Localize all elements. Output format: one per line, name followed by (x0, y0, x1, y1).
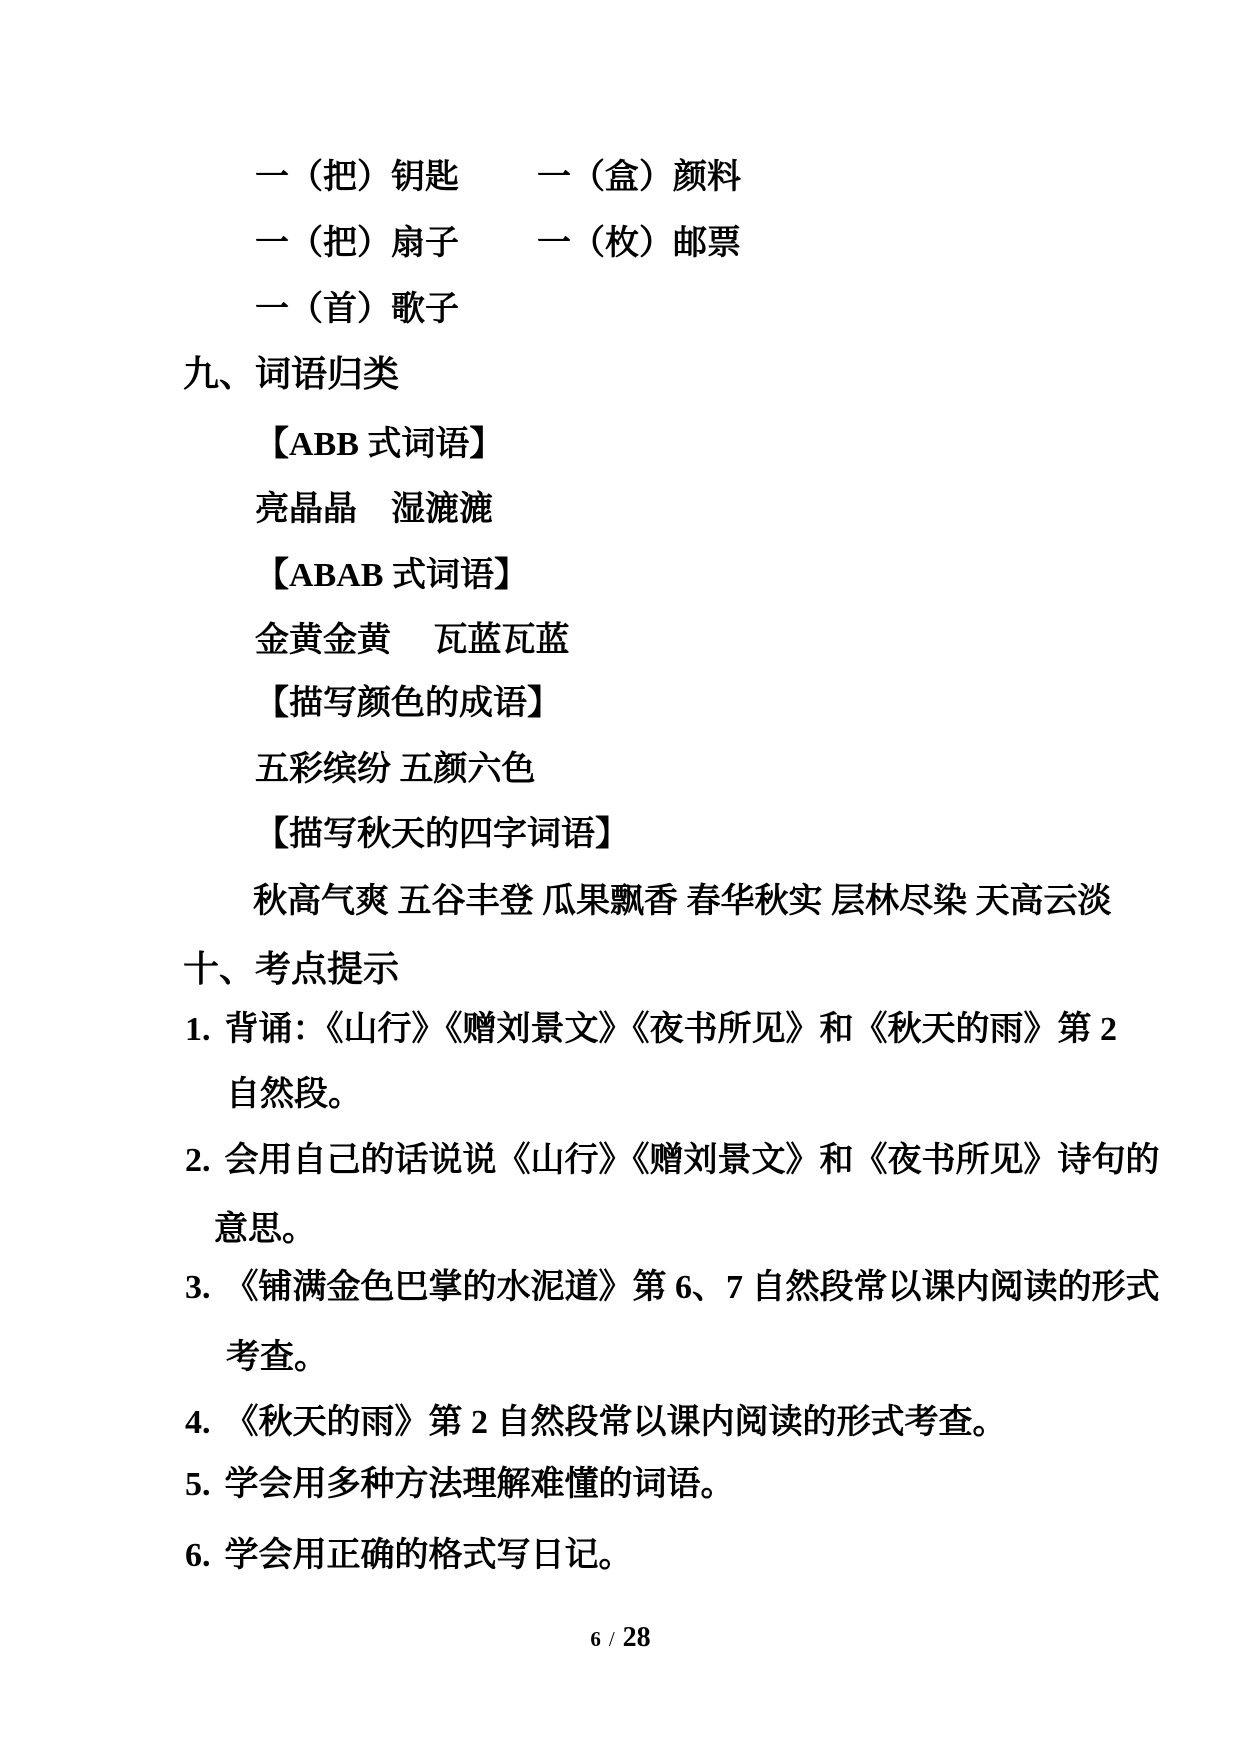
page-footer: 6/28 (0, 1622, 1241, 1654)
exam-point-item-3: 3. 《铺满金色巴掌的水泥道》第 6、7 自然段常以课内阅读的形式 (185, 1268, 1160, 1307)
measure-word-row3-col1: 一（首）歌子 (255, 290, 459, 329)
page-number-total: 28 (623, 1622, 651, 1653)
item-5-text: 学会用多种方法理解难懂的词语。 (225, 1465, 735, 1504)
group-abab-words: 金黄金黄 瓦蓝瓦蓝 (255, 621, 570, 660)
item-4-text: 《秋天的雨》第 2 自然段常以课内阅读的形式考查。 (225, 1403, 1007, 1442)
item-1-number: 1. (185, 1010, 211, 1049)
measure-word-row2-col2: 一（枚）邮票 (537, 224, 741, 263)
exam-point-item-2: 2. 会用自己的话说说《山行》《赠刘景文》和《夜书所见》诗句的 (185, 1141, 1160, 1180)
item-5-number: 5. (185, 1465, 211, 1504)
exam-point-item-5: 5. 学会用多种方法理解难懂的词语。 (185, 1465, 735, 1504)
exam-point-item-3-continuation: 考查。 (226, 1338, 328, 1377)
group-color-idioms-label: 【描写颜色的成语】 (255, 684, 561, 723)
item-1-text: 背诵：《山行》《赠刘景文》《夜书所见》和《秋天的雨》第 2 (225, 1010, 1118, 1049)
group-abab-label: 【ABAB 式词语】 (255, 556, 528, 595)
item-6-number: 6. (185, 1536, 211, 1575)
page-number-separator: / (609, 1627, 615, 1651)
item-2-text: 会用自己的话说说《山行》《赠刘景文》和《夜书所见》诗句的 (225, 1141, 1160, 1180)
document-page: 一（把）钥匙 一（盒）颜料 一（把）扇子 一（枚）邮票 一（首）歌子 九、词语归… (0, 0, 1241, 1754)
item-3-number: 3. (185, 1268, 211, 1307)
section9-heading: 九、词语归类 (183, 353, 399, 394)
group-autumn-words-words: 秋高气爽 五谷丰登 瓜果飘香 春华秋实 层林尽染 天高云淡 (253, 882, 1112, 921)
group-autumn-words-label: 【描写秋天的四字词语】 (255, 815, 629, 854)
item-6-text: 学会用正确的格式写日记。 (225, 1536, 633, 1575)
exam-point-item-2-continuation: 意思。 (214, 1210, 316, 1249)
group-color-idioms-words: 五彩缤纷 五颜六色 (255, 750, 536, 789)
group-abb-label: 【ABB 式词语】 (255, 425, 503, 464)
exam-point-item-6: 6. 学会用正确的格式写日记。 (185, 1536, 633, 1575)
item-3-text: 《铺满金色巴掌的水泥道》第 6、7 自然段常以课内阅读的形式 (225, 1268, 1160, 1307)
measure-word-row1-col2: 一（盒）颜料 (537, 158, 741, 197)
exam-point-item-4: 4. 《秋天的雨》第 2 自然段常以课内阅读的形式考查。 (185, 1403, 1007, 1442)
measure-word-row2-col1: 一（把）扇子 (255, 224, 459, 263)
page-number-current: 6 (590, 1627, 601, 1651)
exam-point-item-1: 1. 背诵：《山行》《赠刘景文》《夜书所见》和《秋天的雨》第 2 (185, 1010, 1117, 1049)
item-4-number: 4. (185, 1403, 211, 1442)
measure-word-row1-col1: 一（把）钥匙 (255, 158, 459, 197)
item-2-number: 2. (185, 1141, 211, 1180)
exam-point-item-1-continuation: 自然段。 (226, 1075, 362, 1114)
group-abb-words: 亮晶晶 湿漉漉 (255, 490, 493, 529)
section10-heading: 十、考点提示 (183, 948, 399, 989)
